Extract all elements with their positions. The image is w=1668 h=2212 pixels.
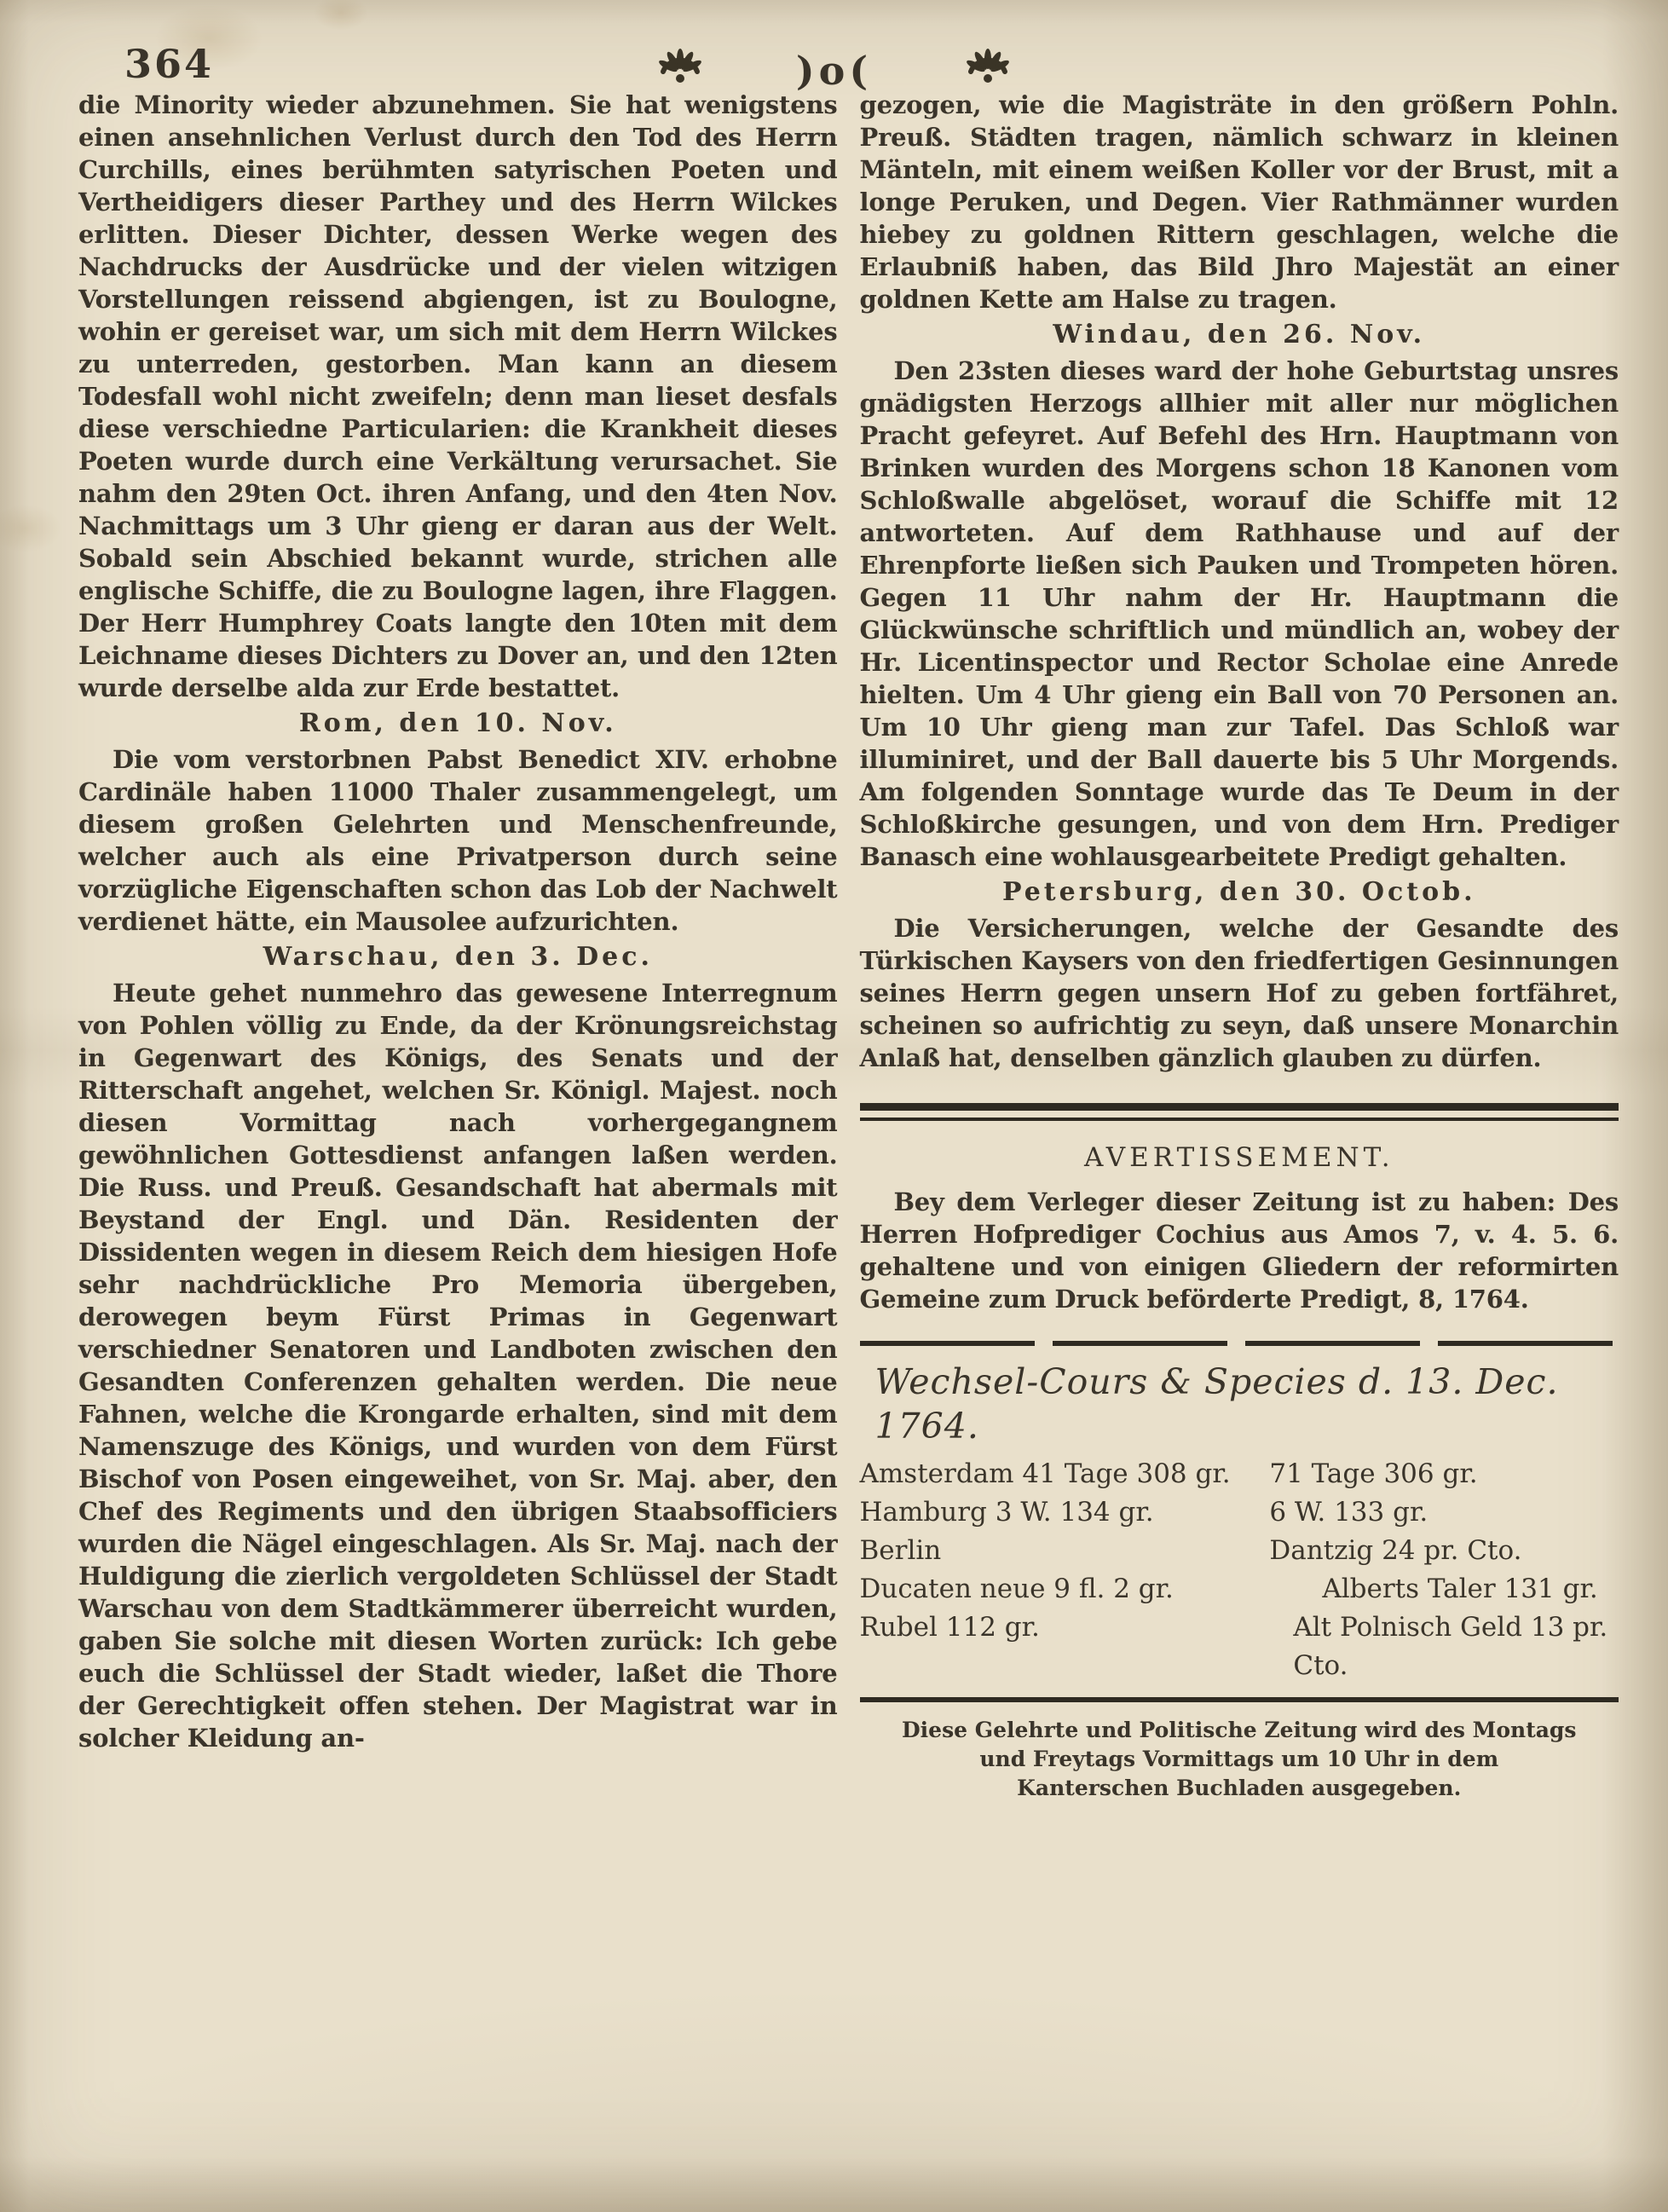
imprint-line: und Freytags Vormittags um 10 Uhr in dem: [860, 1745, 1619, 1774]
exchange-row: Berlin Dantzig 24 pr. Cto.: [860, 1532, 1619, 1570]
dateline-windau: Windau, den 26. Nov.: [860, 318, 1619, 352]
dateline-rom: Rom, den 10. Nov.: [78, 707, 838, 741]
exchange-cell-right: Dantzig 24 pr. Cto.: [1269, 1532, 1619, 1570]
avertissement-body: Bey dem Verleger dieser Zeitung ist zu h…: [860, 1186, 1619, 1315]
article-petersburg: Die Versicherungen, welche der Gesandte …: [860, 912, 1619, 1074]
imprint-line: Kanterschen Buchladen ausgegeben.: [860, 1774, 1619, 1803]
exchange-cell-left: Amsterdam 41 Tage 308 gr.: [860, 1455, 1270, 1493]
double-rule: [860, 1103, 1619, 1121]
printers-mark: )o(: [796, 48, 872, 94]
imprint-rule: [860, 1697, 1619, 1702]
exchange-cell-right: Alberts Taler 131 gr.: [1269, 1570, 1619, 1608]
text-columns: die Minority wieder abzunehmen. Sie hat …: [78, 89, 1619, 1803]
double-rule-thin-line: [860, 1118, 1619, 1121]
exchange-cell-right: 71 Tage 306 gr.: [1269, 1455, 1619, 1493]
exchange-cell-left: Ducaten neue 9 fl. 2 gr.: [860, 1570, 1270, 1608]
exchange-row: Amsterdam 41 Tage 308 gr. 71 Tage 306 gr…: [860, 1455, 1619, 1493]
exchange-row: Hamburg 3 W. 134 gr. 6 W. 133 gr.: [860, 1493, 1619, 1532]
exchange-title: Wechsel-Cours & Species d. 13. Dec. 1764…: [860, 1360, 1619, 1448]
article-windau: Den 23sten dieses ward der hohe Geburtst…: [860, 355, 1619, 873]
exchange-row: Ducaten neue 9 fl. 2 gr. Alberts Taler 1…: [860, 1570, 1619, 1608]
avertissement-heading: AVERTISSEMENT.: [860, 1140, 1619, 1175]
shell-ornament-icon: [964, 46, 1012, 87]
exchange-cell-left: Berlin: [860, 1532, 1270, 1570]
left-continuation-paragraph: die Minority wieder abzunehmen. Sie hat …: [78, 89, 838, 704]
exchange-section-rule: [860, 1341, 1619, 1346]
article-warschau: Heute gehet nunmehro das gewesene Interr…: [78, 977, 838, 1754]
exchange-cell-right: 6 W. 133 gr.: [1269, 1493, 1619, 1532]
imprint-line: Diese Gelehrte und Politische Zeitung wi…: [860, 1716, 1619, 1745]
exchange-row: Rubel 112 gr. Alt Polnisch Geld 13 pr. C…: [860, 1608, 1619, 1685]
shell-ornament-icon: [656, 46, 704, 87]
right-continuation-paragraph: gezogen, wie die Magisträte in den größe…: [860, 89, 1619, 315]
left-column: die Minority wieder abzunehmen. Sie hat …: [78, 89, 838, 1803]
newspaper-page: 364 )o(: [0, 0, 1668, 2212]
dateline-warschau: Warschau, den 3. Dec.: [78, 940, 838, 974]
exchange-table: Amsterdam 41 Tage 308 gr. 71 Tage 306 gr…: [860, 1455, 1619, 1685]
right-column: gezogen, wie die Magisträte in den größe…: [860, 89, 1619, 1803]
header-ornaments: )o(: [0, 32, 1668, 87]
imprint-notice: Diese Gelehrte und Politische Zeitung wi…: [860, 1716, 1619, 1803]
article-rom: Die vom verstorbnen Pabst Benedict XIV. …: [78, 743, 838, 938]
exchange-cell-right: Alt Polnisch Geld 13 pr. Cto.: [1269, 1608, 1619, 1685]
exchange-cell-left: Hamburg 3 W. 134 gr.: [860, 1493, 1270, 1532]
double-rule-thick-line: [860, 1103, 1619, 1111]
exchange-cell-left: Rubel 112 gr.: [860, 1608, 1270, 1685]
dateline-petersburg: Petersburg, den 30. Octob.: [860, 875, 1619, 910]
